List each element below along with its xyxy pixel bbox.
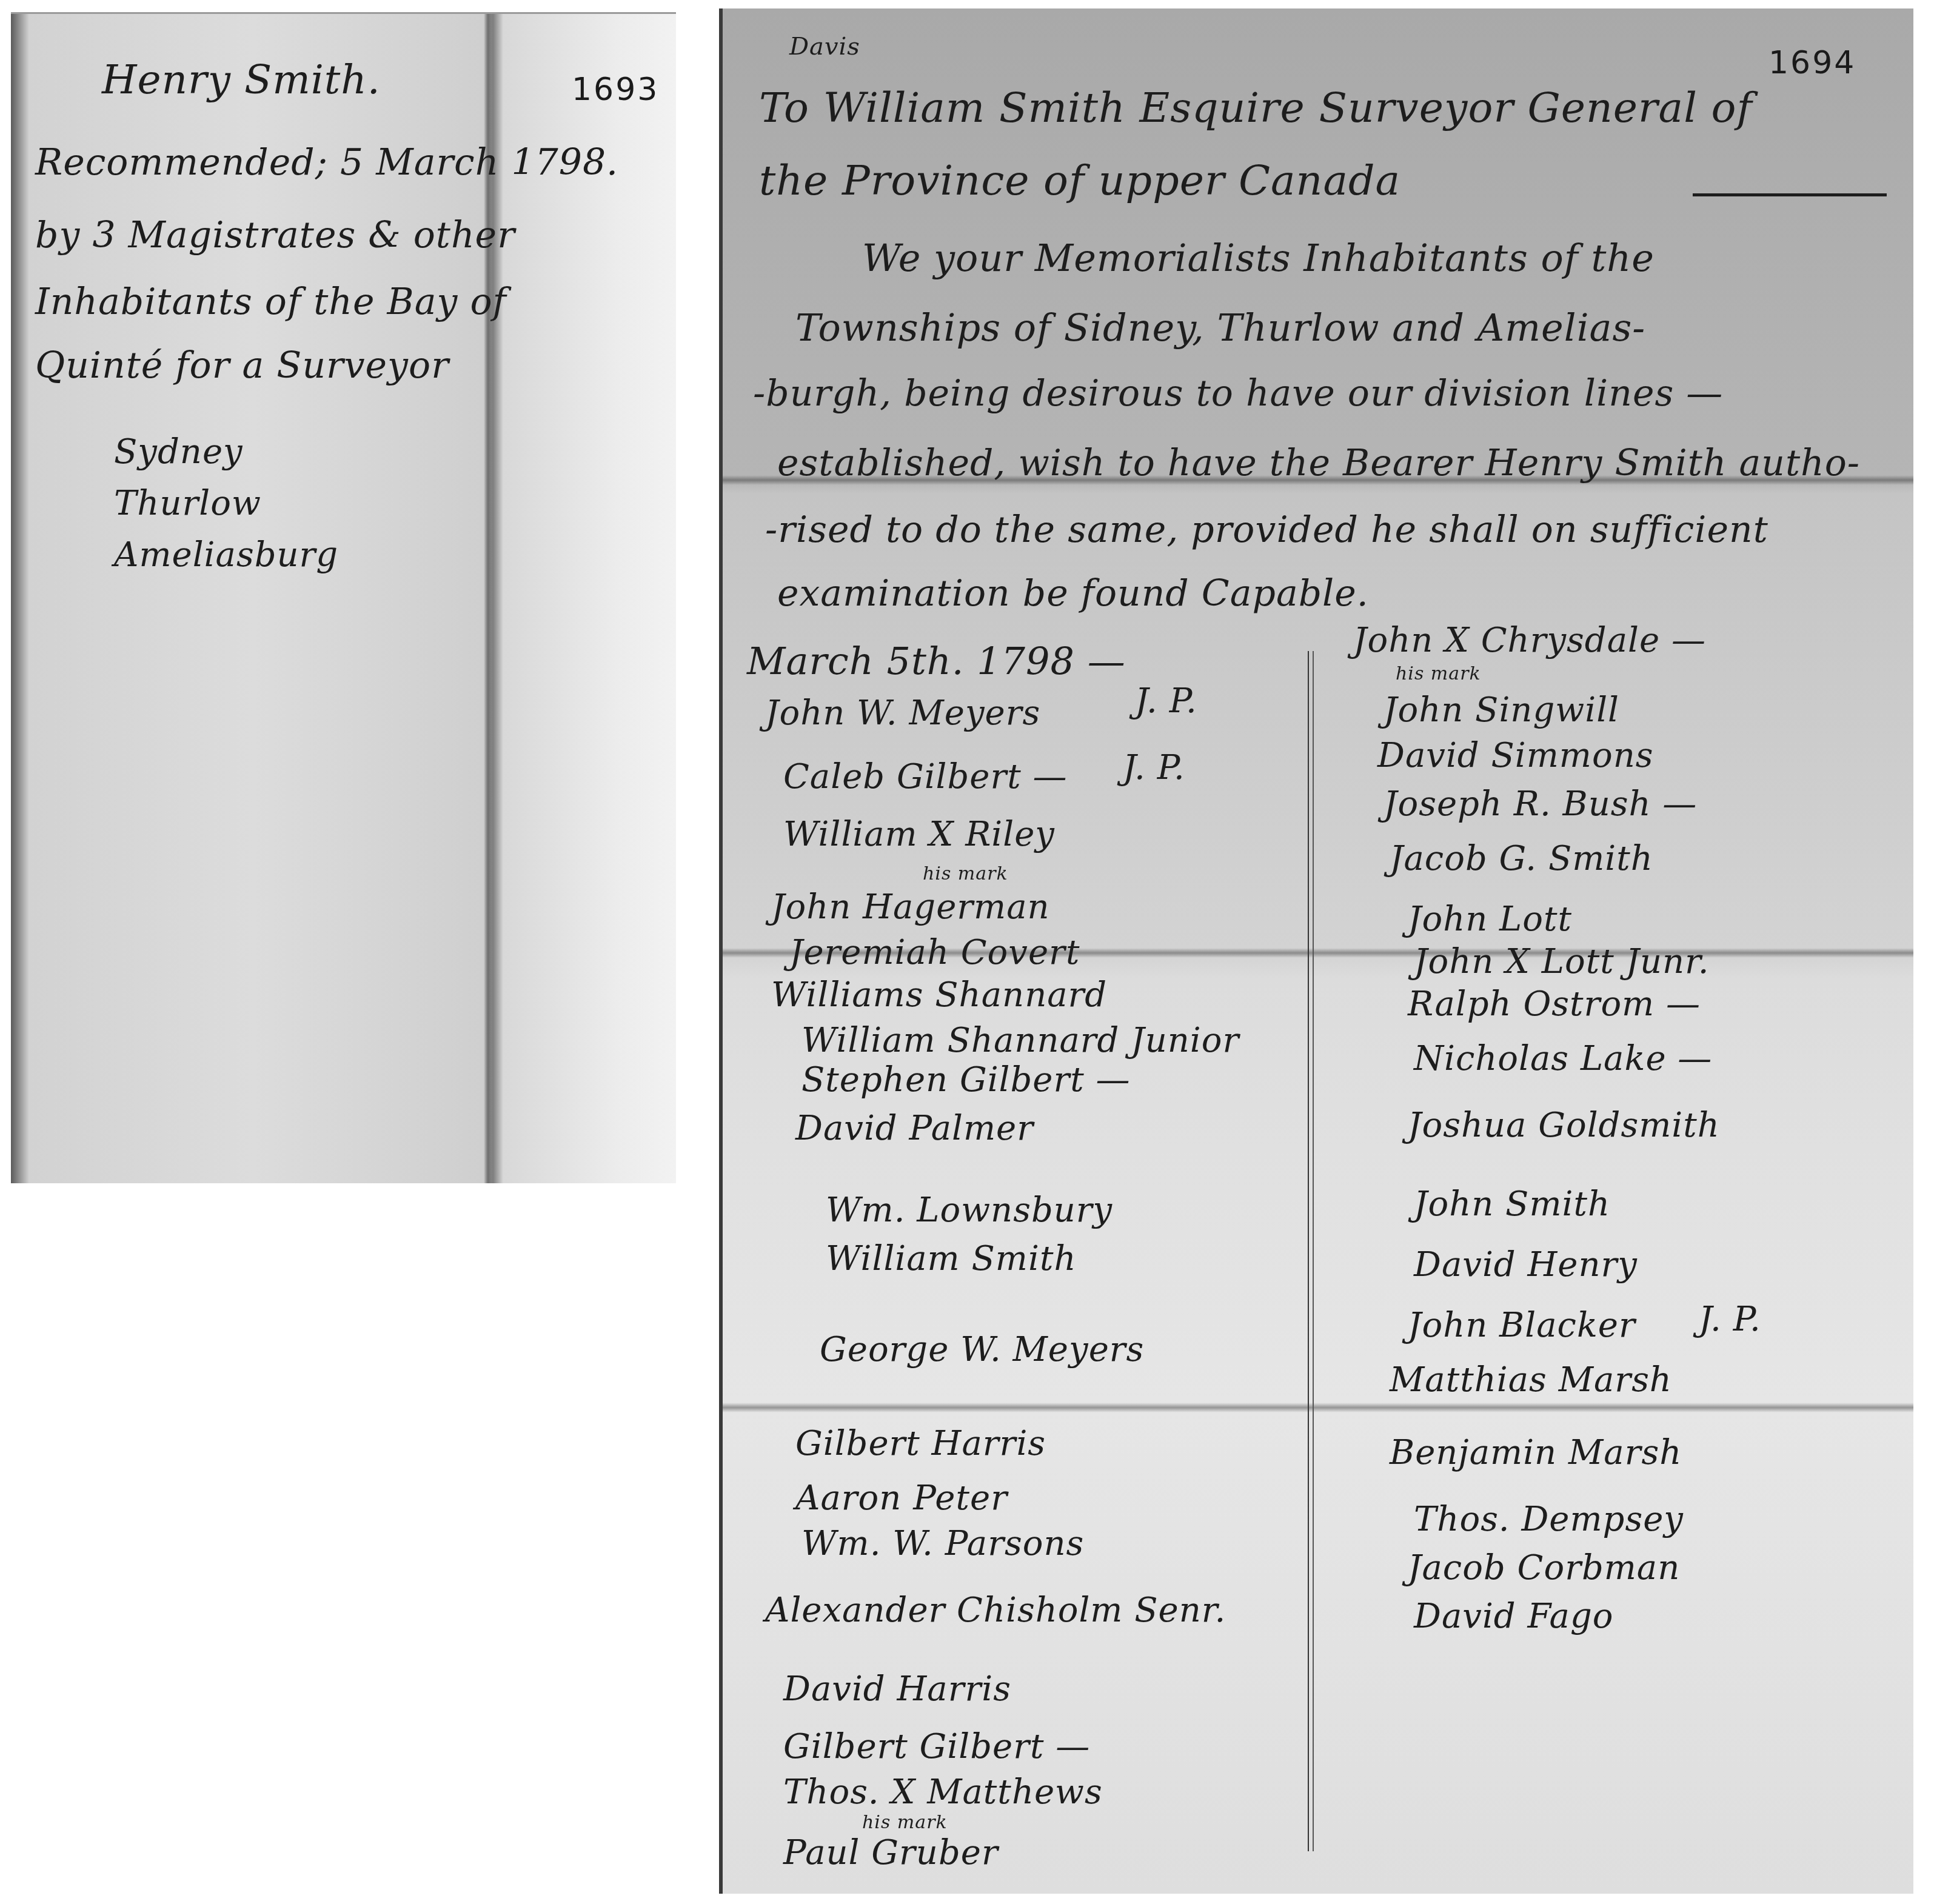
- signature: Wm. Lownsbury: [826, 1191, 1113, 1230]
- signature: Wm. W. Parsons: [801, 1524, 1084, 1563]
- signature: Nicholas Lake —: [1414, 1039, 1712, 1078]
- signature-title: J. P.: [1135, 681, 1197, 721]
- signature: David Simmons: [1377, 736, 1653, 775]
- signature: Thos. X Matthews: [783, 1772, 1103, 1812]
- signature: Joseph R. Bush —: [1384, 784, 1697, 824]
- signature-mark-note: his mark: [923, 863, 1008, 884]
- signature: Gilbert Harris: [795, 1424, 1046, 1463]
- signature: Alexander Chisholm Senr.: [765, 1591, 1226, 1630]
- docket-sheet-1693: 1693 Henry Smith. Recommended; 5 March 1…: [11, 12, 676, 1183]
- address-line: the Province of upper Canada: [759, 157, 1400, 205]
- township-name: Thurlow: [114, 484, 261, 523]
- fold-line: [723, 1403, 1913, 1412]
- memorial-body-line: examination be found Capable.: [777, 572, 1369, 615]
- township-name: Sydney: [114, 432, 243, 472]
- signature: John Lott: [1408, 900, 1572, 939]
- docket-line: Recommended; 5 March 1798.: [35, 141, 618, 184]
- signature-title: J. P.: [1123, 748, 1185, 787]
- address-line: To William Smith Esquire Surveyor Genera…: [759, 84, 1753, 132]
- signature: Paul Gruber: [783, 1833, 999, 1872]
- signature: John Blacker: [1408, 1306, 1636, 1345]
- memorial-body-line: Townships of Sidney, Thurlow and Amelias…: [795, 306, 1645, 350]
- memorial-body-line: -burgh, being desirous to have our divis…: [753, 372, 1723, 415]
- docket-line: by 3 Magistrates & other: [35, 214, 515, 256]
- signature: Williams Shannard: [771, 975, 1107, 1015]
- signature: Ralph Ostrom —: [1408, 984, 1701, 1024]
- signature: Benjamin Marsh: [1390, 1433, 1682, 1472]
- signature: Jacob G. Smith: [1390, 839, 1653, 878]
- docket-line: Quinté for a Surveyor: [35, 344, 449, 387]
- memorial-body-line: We your Memorialists Inhabitants of the: [862, 236, 1655, 280]
- signature: Gilbert Gilbert —: [783, 1727, 1090, 1766]
- signature: Aaron Peter: [795, 1478, 1008, 1518]
- memorial-sheet-1694: Davis 1694 To William Smith Esquire Surv…: [719, 8, 1913, 1894]
- fold-line: [484, 14, 492, 1183]
- signature: David Palmer: [795, 1109, 1034, 1148]
- township-name: Ameliasburg: [114, 535, 338, 575]
- signature: John X Lott Junr.: [1414, 942, 1709, 981]
- signature: Joshua Goldsmith: [1408, 1106, 1720, 1145]
- memorial-body-line: -rised to do the same, provided he shall…: [765, 509, 1768, 551]
- signature-title: J. P.: [1699, 1300, 1761, 1339]
- signature: John W. Meyers: [765, 693, 1040, 733]
- memorial-date: March 5th. 1798 —: [747, 639, 1126, 683]
- signature: Matthias Marsh: [1390, 1360, 1672, 1400]
- signature: John X Chrysdale —: [1353, 621, 1706, 660]
- signature-mark-note: his mark: [1396, 663, 1481, 684]
- signature: William X Riley: [783, 815, 1055, 854]
- flourish-rule: [1693, 193, 1887, 196]
- docket-line: Inhabitants of the Bay of: [35, 281, 507, 323]
- signature: David Henry: [1414, 1245, 1638, 1284]
- signature: David Fago: [1414, 1597, 1613, 1636]
- signature: David Harris: [783, 1669, 1011, 1709]
- signature: William Smith: [826, 1239, 1076, 1278]
- memorial-body-line: established, wish to have the Bearer Hen…: [777, 442, 1860, 484]
- docket-name: Henry Smith.: [102, 56, 381, 103]
- column-divider: [1308, 651, 1314, 1851]
- corner-note: Davis: [789, 33, 860, 61]
- signature: George W. Meyers: [820, 1330, 1144, 1369]
- signature: John Hagerman: [771, 887, 1050, 927]
- archive-number: 1693: [572, 72, 659, 108]
- signature: Caleb Gilbert —: [783, 757, 1068, 797]
- signature: Jacob Corbman: [1408, 1548, 1680, 1588]
- archive-number: 1694: [1768, 45, 1856, 81]
- signature: Stephen Gilbert —: [801, 1060, 1131, 1100]
- signature: Jeremiah Covert: [789, 933, 1080, 972]
- signature-mark-note: his mark: [862, 1812, 948, 1833]
- signature: John Singwill: [1384, 690, 1619, 730]
- signature: John Smith: [1414, 1184, 1610, 1224]
- signature: William Shannard Junior: [801, 1021, 1239, 1060]
- signature: Thos. Dempsey: [1414, 1500, 1684, 1539]
